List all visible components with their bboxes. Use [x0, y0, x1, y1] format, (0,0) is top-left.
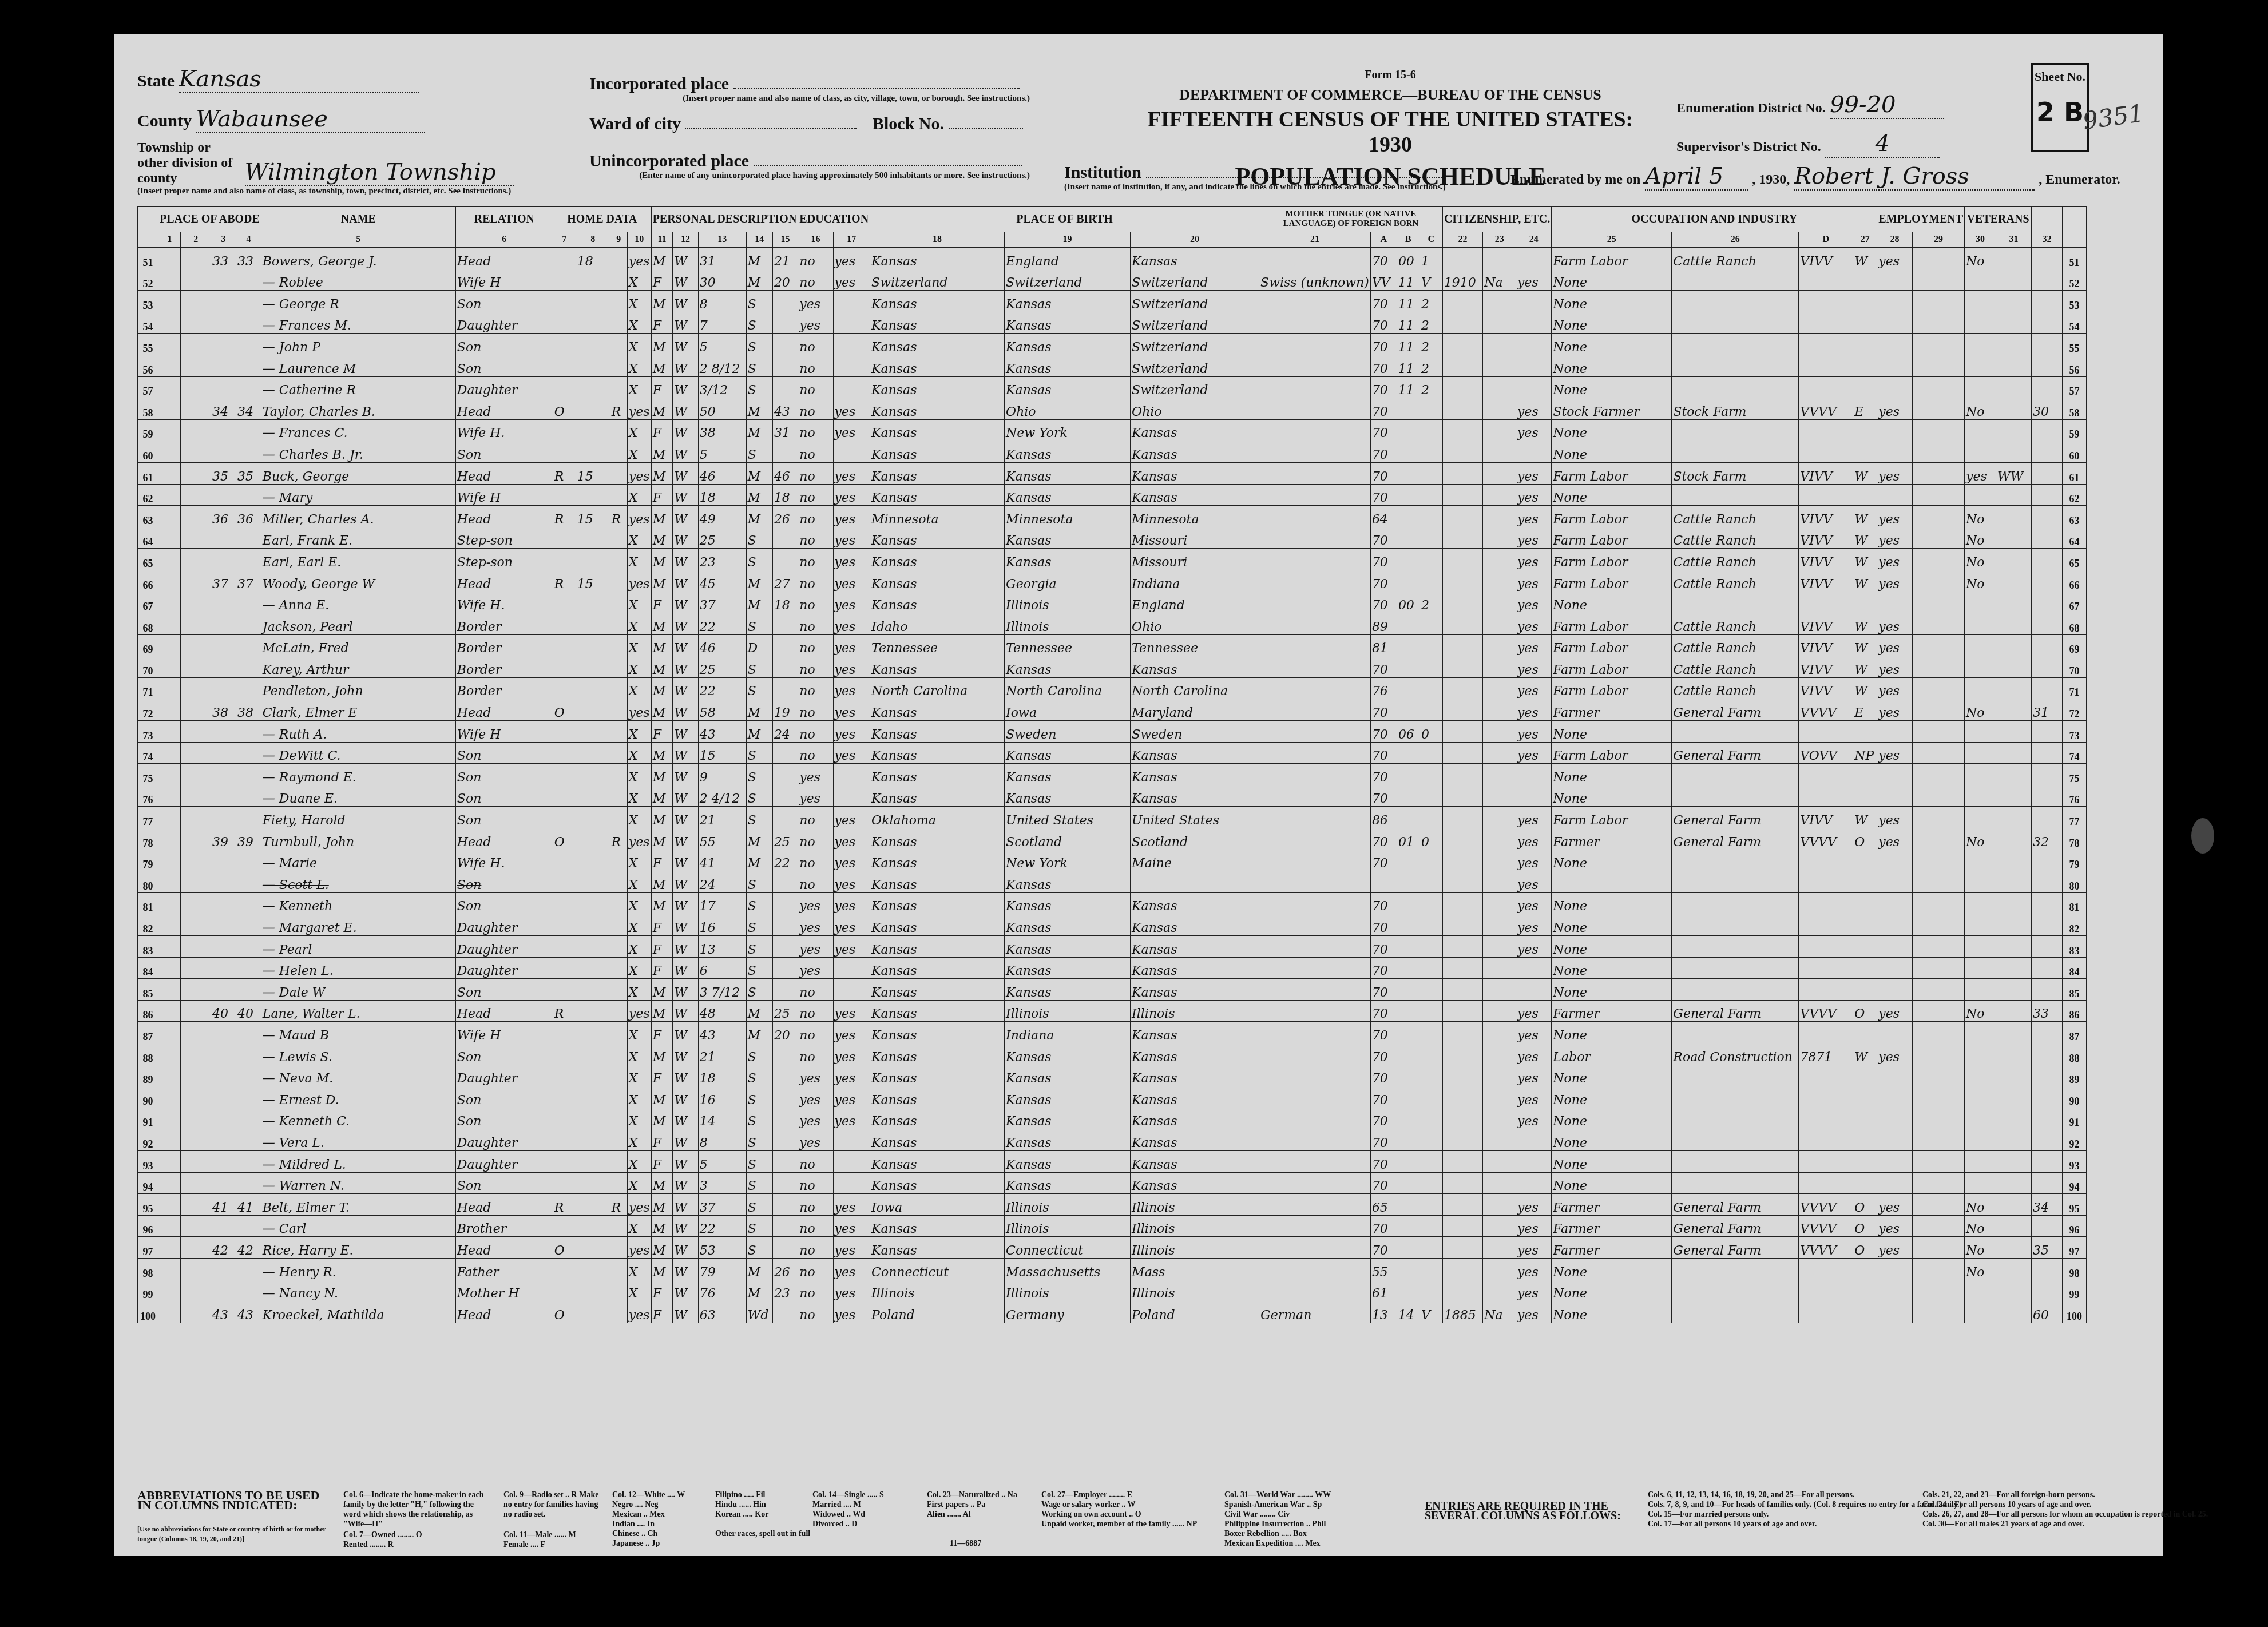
line-number-right: 61 [2063, 462, 2087, 484]
cell-agem [772, 376, 798, 398]
birthplace-person: Kansas [870, 1172, 1005, 1194]
cell-farm: X [627, 1108, 651, 1129]
age: 79 [698, 1258, 746, 1280]
marital-status: M [746, 721, 772, 743]
cell-line29 [1912, 1150, 1964, 1172]
cell-line29 [1912, 1194, 1964, 1216]
cell-ca: 70 [1370, 1043, 1397, 1065]
cell-sch: no [798, 1043, 833, 1065]
age: 5 [698, 334, 746, 355]
cell-work: yes [1877, 570, 1913, 592]
birthplace-mother: Kansas [1131, 1129, 1259, 1151]
cell-fs [2032, 312, 2063, 334]
relationship: Daughter [455, 914, 553, 936]
occupation: Farm Labor [1552, 462, 1672, 484]
relationship: Step-son [455, 527, 553, 549]
cell-dw [211, 269, 236, 291]
cell-cb: 00 [1397, 248, 1420, 269]
cell-own [553, 419, 576, 441]
cell-code: VIVV [1799, 506, 1853, 527]
cell-agem: 31 [772, 419, 798, 441]
column-number: 11 [651, 232, 673, 248]
cell-fs [2032, 376, 2063, 398]
cell-agem [772, 785, 798, 807]
cell-eng: yes [1516, 1237, 1551, 1259]
cell-agem [772, 871, 798, 893]
cell-line29 [1912, 1086, 1964, 1108]
occupation: Farm Labor [1552, 248, 1672, 269]
cell-sch: yes [798, 1129, 833, 1151]
cell-line29 [1912, 248, 1964, 269]
cell-eng [1516, 979, 1551, 1001]
cell-yr [1442, 1086, 1482, 1108]
cell-code: VIVV [1799, 248, 1853, 269]
cell-farm: yes [627, 828, 651, 850]
line-number: 68 [138, 613, 158, 635]
marital-status: S [746, 764, 772, 785]
cell-cls [1853, 1108, 1877, 1129]
industry: General Farm [1672, 807, 1799, 828]
cell-cb [1397, 1150, 1420, 1172]
race: W [673, 1258, 698, 1280]
column-number: 18 [870, 232, 1005, 248]
cell-fam: 41 [236, 1194, 261, 1216]
cell-radio [610, 1065, 627, 1086]
cell-cb [1397, 506, 1420, 527]
birthplace-mother: Kansas [1131, 248, 1259, 269]
cell-cls [1853, 979, 1877, 1001]
industry [1672, 355, 1799, 376]
birthplace-person: Kansas [870, 785, 1005, 807]
birthplace-father: Kansas [1005, 656, 1131, 678]
cell-dw: 33 [211, 248, 236, 269]
cell-street [158, 291, 181, 312]
table-row: 79— MarieWife H.XFW41M22noyesKansasNew Y… [138, 850, 2087, 871]
cell-war [1996, 1301, 2032, 1323]
census-title: FIFTEENTH CENSUS OF THE UNITED STATES: 1… [1133, 107, 1648, 157]
age: 3/12 [698, 376, 746, 398]
cell-yr [1442, 613, 1482, 635]
birthplace-person: Kansas [870, 742, 1005, 764]
cell-rw [833, 1129, 870, 1151]
cell-lang [1259, 1022, 1371, 1043]
cell-rw: yes [833, 506, 870, 527]
column-number: 20 [1131, 232, 1259, 248]
cell-cc [1420, 1086, 1442, 1108]
relationship: Wife H [455, 1022, 553, 1043]
cell-agem [772, 1086, 798, 1108]
cell-dw [211, 419, 236, 441]
cell-own [553, 785, 576, 807]
age: 8 [698, 1129, 746, 1151]
industry [1672, 850, 1799, 871]
cell-street [158, 699, 181, 721]
place-of-abode-header: PLACE OF ABODE [158, 207, 261, 232]
cell-sch: no [798, 527, 833, 549]
cell-code: VVVV [1799, 699, 1853, 721]
cell-rw: yes [833, 828, 870, 850]
cell-war [1996, 506, 2032, 527]
birthplace-mother: Kansas [1131, 1108, 1259, 1129]
cell-street [158, 419, 181, 441]
age: 18 [698, 484, 746, 506]
cell-rw: yes [833, 613, 870, 635]
cell-radio [610, 656, 627, 678]
cell-cb [1397, 871, 1420, 893]
cell-dw [211, 1086, 236, 1108]
marital-status: S [746, 441, 772, 463]
cell-lang [1259, 312, 1371, 334]
cell-work [1877, 979, 1913, 1001]
cell-nat [1483, 957, 1516, 979]
birthplace-mother: Poland [1131, 1301, 1259, 1323]
occupation: Farm Labor [1552, 527, 1672, 549]
birthplace-mother: England [1131, 592, 1259, 613]
cell-dw: 39 [211, 828, 236, 850]
occupation: Farm Labor [1552, 613, 1672, 635]
cell-dw: 36 [211, 506, 236, 527]
person-name: — Carl [261, 1215, 455, 1237]
relationship: Head [455, 1000, 553, 1022]
birthplace-person: Kansas [870, 1000, 1005, 1022]
cell-cc: V [1420, 1301, 1442, 1323]
cell-fam [236, 785, 261, 807]
relationship: Head [455, 506, 553, 527]
cell-farm: yes [627, 462, 651, 484]
cell-war [1996, 1108, 2032, 1129]
line-number-right: 52 [2063, 269, 2087, 291]
cell-ca: VV [1370, 269, 1397, 291]
cell-own: R [553, 506, 576, 527]
cell-dw [211, 979, 236, 1001]
line-number: 53 [138, 291, 158, 312]
cell-farm: X [627, 785, 651, 807]
cell-fs [2032, 592, 2063, 613]
occupation: None [1552, 592, 1672, 613]
cell-cc [1420, 398, 1442, 420]
cell-yr [1442, 1258, 1482, 1280]
relationship: Brother [455, 1215, 553, 1237]
line-number: 80 [138, 871, 158, 893]
cell-cb [1397, 892, 1420, 914]
sex: M [651, 462, 673, 484]
cell-fs [2032, 1172, 2063, 1194]
cell-street [158, 1108, 181, 1129]
cell-dw [211, 1172, 236, 1194]
cell-fam [236, 892, 261, 914]
cell-cc [1420, 957, 1442, 979]
cell-code: VIVV [1799, 527, 1853, 549]
cell-line29 [1912, 484, 1964, 506]
cell-fs [2032, 785, 2063, 807]
cell-farm: X [627, 484, 651, 506]
occupation: Farmer [1552, 699, 1672, 721]
age: 9 [698, 764, 746, 785]
cell-dw [211, 1065, 236, 1086]
cell-lang [1259, 914, 1371, 936]
table-row: 81— KennethSonXMW17SyesyesKansasKansasKa… [138, 892, 2087, 914]
cell-farm: X [627, 549, 651, 570]
line-number-right: 97 [2063, 1237, 2087, 1259]
cell-code [1799, 1065, 1853, 1086]
occupation: None [1552, 441, 1672, 463]
cell-line29 [1912, 1237, 1964, 1259]
cell-yr [1442, 1280, 1482, 1301]
industry [1672, 1108, 1799, 1129]
cell-agem: 46 [772, 462, 798, 484]
sex: M [651, 764, 673, 785]
cell-eng: yes [1516, 1215, 1551, 1237]
line-number: 95 [138, 1194, 158, 1216]
cell-lang [1259, 355, 1371, 376]
relationship: Head [455, 462, 553, 484]
cell-work: yes [1877, 807, 1913, 828]
cell-farm: X [627, 634, 651, 656]
cell-vet [1965, 892, 1996, 914]
cell-cb: 14 [1397, 1301, 1420, 1323]
line-number-right: 60 [2063, 441, 2087, 463]
table-row: 75— Raymond E.SonXMW9SyesKansasKansasKan… [138, 764, 2087, 785]
cell-val [576, 1258, 610, 1280]
cell-work [1877, 1129, 1913, 1151]
cell-yr [1442, 936, 1482, 958]
marital-status: M [746, 850, 772, 871]
line-number: 51 [138, 248, 158, 269]
sex: F [651, 850, 673, 871]
person-name: — Kenneth [261, 892, 455, 914]
cell-val [576, 936, 610, 958]
cell-war [1996, 355, 2032, 376]
age: 22 [698, 613, 746, 635]
cell-cc [1420, 677, 1442, 699]
cell-ca: 89 [1370, 613, 1397, 635]
cell-nat [1483, 462, 1516, 484]
cell-val [576, 957, 610, 979]
race: W [673, 549, 698, 570]
cell-cls [1853, 1301, 1877, 1323]
industry: General Farm [1672, 742, 1799, 764]
cell-vet: No [1965, 1194, 1996, 1216]
cell-ca: 70 [1370, 334, 1397, 355]
cell-line29 [1912, 1065, 1964, 1086]
cell-code [1799, 1150, 1853, 1172]
cell-eng: yes [1516, 807, 1551, 828]
cell-work [1877, 592, 1913, 613]
cell-cc: 0 [1420, 721, 1442, 743]
cell-line29 [1912, 828, 1964, 850]
sex: M [651, 892, 673, 914]
cell-cls: O [1853, 1194, 1877, 1216]
cell-street [158, 1280, 181, 1301]
cell-war [1996, 1043, 2032, 1065]
cell-house [181, 1043, 211, 1065]
cell-agem: 21 [772, 248, 798, 269]
table-row: 613535Buck, GeorgeHeadR15yesMW46M46noyes… [138, 462, 2087, 484]
cell-cb: 11 [1397, 269, 1420, 291]
column-number: 9 [610, 232, 627, 248]
cell-nat [1483, 721, 1516, 743]
cell-line29 [1912, 334, 1964, 355]
cell-fs [2032, 527, 2063, 549]
cell-street [158, 892, 181, 914]
cell-cc [1420, 699, 1442, 721]
cell-vet [1965, 1043, 1996, 1065]
cell-fam [236, 677, 261, 699]
cell-code: VIVV [1799, 807, 1853, 828]
cell-nat [1483, 828, 1516, 850]
cell-line29 [1912, 506, 1964, 527]
birthplace-person: Kansas [870, 957, 1005, 979]
cell-own [553, 871, 576, 893]
township-field: Township or other division of county Wil… [137, 140, 526, 196]
cell-cls: W [1853, 462, 1877, 484]
birthplace-father: Kansas [1005, 871, 1131, 893]
table-row: 96— CarlBrotherXMW22SnoyesKansasIllinois… [138, 1215, 2087, 1237]
cell-cc [1420, 807, 1442, 828]
cell-ca: 70 [1370, 376, 1397, 398]
cell-cls [1853, 764, 1877, 785]
cell-agem [772, 807, 798, 828]
age: 3 [698, 1172, 746, 1194]
cell-fs [2032, 807, 2063, 828]
birthplace-person: Kansas [870, 462, 1005, 484]
table-row: 99— Nancy N.Mother HXFW76M23noyesIllinoi… [138, 1280, 2087, 1301]
cell-radio [610, 764, 627, 785]
cell-yr [1442, 1065, 1482, 1086]
person-name: — John P [261, 334, 455, 355]
birthplace-father: Kansas [1005, 291, 1131, 312]
marital-status: S [746, 1194, 772, 1216]
cell-house [181, 291, 211, 312]
cell-agem [772, 1150, 798, 1172]
industry [1672, 785, 1799, 807]
birthplace-person: Kansas [870, 699, 1005, 721]
cell-radio [610, 592, 627, 613]
cell-own [553, 549, 576, 570]
cell-street [158, 462, 181, 484]
cell-vet [1965, 634, 1996, 656]
line-number: 66 [138, 570, 158, 592]
cell-ca [1370, 871, 1397, 893]
cell-val [576, 742, 610, 764]
cell-sch: no [798, 248, 833, 269]
cell-dw: 34 [211, 398, 236, 420]
cell-val [576, 1000, 610, 1022]
cell-ca: 70 [1370, 936, 1397, 958]
industry [1672, 1301, 1799, 1323]
cell-cb [1397, 1108, 1420, 1129]
cell-nat [1483, 785, 1516, 807]
cell-line29 [1912, 634, 1964, 656]
cell-vet: No [1965, 248, 1996, 269]
industry: General Farm [1672, 1194, 1799, 1216]
line-number: 99 [138, 1280, 158, 1301]
cell-fam: 43 [236, 1301, 261, 1323]
cell-agem [772, 549, 798, 570]
line-number-right: 64 [2063, 527, 2087, 549]
cell-cls: W [1853, 1043, 1877, 1065]
cell-cb: 01 [1397, 828, 1420, 850]
industry: Road Construction [1672, 1043, 1799, 1065]
cell-code [1799, 1022, 1853, 1043]
cell-val [576, 914, 610, 936]
line-number: 73 [138, 721, 158, 743]
cell-house [181, 1301, 211, 1323]
cell-cc: 2 [1420, 291, 1442, 312]
cell-house [181, 1086, 211, 1108]
cell-vet [1965, 1086, 1996, 1108]
table-row: 84— Helen L.DaughterXFW6SyesKansasKansas… [138, 957, 2087, 979]
cell-house [181, 936, 211, 958]
cell-sch: no [798, 1280, 833, 1301]
sex: M [651, 699, 673, 721]
cell-val: 15 [576, 462, 610, 484]
birthplace-mother: Kansas [1131, 656, 1259, 678]
birthplace-mother: Scotland [1131, 828, 1259, 850]
birthplace-father: Kansas [1005, 892, 1131, 914]
cell-code [1799, 376, 1853, 398]
person-name: — Dale W [261, 979, 455, 1001]
industry [1672, 291, 1799, 312]
table-row: 56— Laurence MSonXMW2 8/12SnoKansasKansa… [138, 355, 2087, 376]
age: 76 [698, 1280, 746, 1301]
race: W [673, 355, 698, 376]
cell-own [553, 850, 576, 871]
birthplace-person: Kansas [870, 871, 1005, 893]
cell-farm: X [627, 656, 651, 678]
industry [1672, 764, 1799, 785]
cell-vet [1965, 807, 1996, 828]
person-name: — Charles B. Jr. [261, 441, 455, 463]
cell-ca: 70 [1370, 957, 1397, 979]
cell-nat [1483, 1258, 1516, 1280]
line-number: 65 [138, 549, 158, 570]
cell-lang [1259, 807, 1371, 828]
cell-cc [1420, 914, 1442, 936]
cell-agem [772, 979, 798, 1001]
cell-house [181, 892, 211, 914]
cell-cls: E [1853, 699, 1877, 721]
cell-code: VVVV [1799, 1194, 1853, 1216]
cell-rw: yes [833, 462, 870, 484]
cell-code [1799, 871, 1853, 893]
cell-cb [1397, 807, 1420, 828]
table-row: 94— Warren N.SonXMW3SnoKansasKansasKansa… [138, 1172, 2087, 1194]
cell-eng [1516, 785, 1551, 807]
cell-ca: 70 [1370, 291, 1397, 312]
cell-rw: yes [833, 677, 870, 699]
age: 38 [698, 419, 746, 441]
cell-lang [1259, 699, 1371, 721]
birthplace-mother: Kansas [1131, 892, 1259, 914]
cell-line29 [1912, 807, 1964, 828]
cell-yr [1442, 1150, 1482, 1172]
sex: F [651, 376, 673, 398]
cell-work: yes [1877, 1215, 1913, 1237]
cell-lang [1259, 570, 1371, 592]
column-number: 26 [1672, 232, 1799, 248]
line-number-right: 83 [2063, 936, 2087, 958]
cell-house [181, 742, 211, 764]
cell-val [576, 892, 610, 914]
person-name: — Neva M. [261, 1065, 455, 1086]
occupation: None [1552, 1172, 1672, 1194]
cell-vet [1965, 656, 1996, 678]
line-number: 52 [138, 269, 158, 291]
column-number: C [1420, 232, 1442, 248]
cell-nat [1483, 764, 1516, 785]
birthplace-father: Kansas [1005, 462, 1131, 484]
